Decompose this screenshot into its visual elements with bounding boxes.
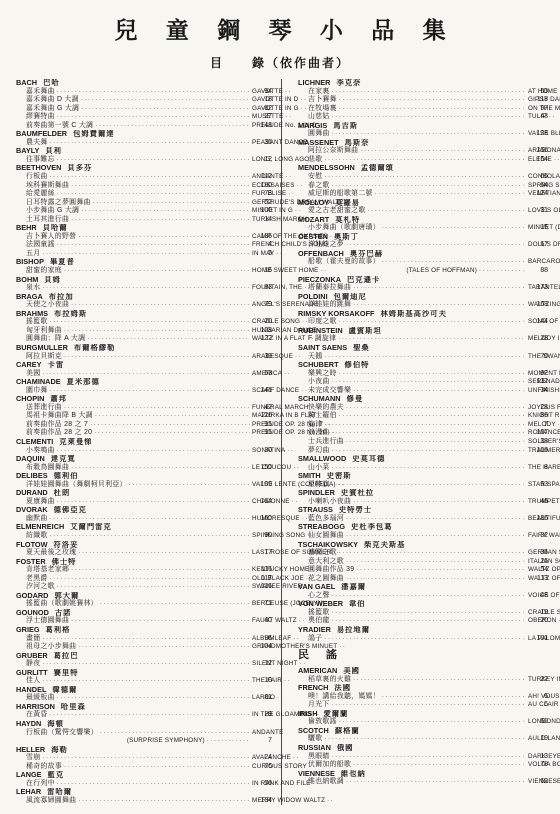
dot-leader: [324, 421, 526, 430]
piece-row: 圓舞曲：降 A 大調WALTZ IN A FLAT122: [16, 335, 272, 344]
composer-name: BAUMFELDER包姆費爾達: [16, 130, 272, 139]
composer-group: BRAGA布拉加天使之小夜曲ANGEL'S SERENADE79: [16, 293, 272, 310]
piece-title-cn: 安慰: [308, 173, 322, 182]
piece-title-cn: 天使之小夜曲: [26, 301, 69, 310]
composer-name-en: MASSENET: [298, 139, 339, 147]
composer-group: TSCHAIKOWSKY柴克夫斯基德國之歌GERMAN SONG35意大利之歌I…: [298, 541, 548, 584]
piece-title-cn: 嘉禾舞曲 D 大調: [26, 96, 79, 105]
piece-row: 奧伯龍OBERON20: [298, 617, 548, 626]
page-number: 92: [528, 370, 548, 379]
composer-name-en: YRADIER: [298, 626, 331, 634]
composer-name-cn: 修伯特: [345, 361, 370, 369]
composer-name-en: GRIEG: [16, 626, 40, 634]
piece-row: 天鵝THE SWAN70: [298, 353, 548, 362]
piece-title-cn-cell: 泉水: [26, 284, 252, 293]
piece-title-cn: 印度之歌: [308, 318, 337, 327]
dot-leader: [57, 88, 250, 97]
piece-title-cn: 行板曲: [26, 173, 48, 182]
composer-name-en: DELIBES: [16, 472, 48, 480]
piece-title-cn-cell: 往事難忘: [26, 156, 252, 165]
piece-title-cn: 小步舞曲（歌劇唐璜）: [308, 224, 380, 233]
dot-leader: [549, 113, 555, 122]
piece-row: 安慰CONSOLATION66: [298, 173, 548, 182]
composer-name-en: DAQUIN: [16, 455, 45, 463]
piece-row: 噢！講給我聽，媽媽！AH! VOUS DIRAIS-JE-MAMAN6: [298, 693, 548, 702]
composer-group: BEETHOVEN貝多芬行板曲ANDANTE112埃科賽斯舞曲ECOSSAISE…: [16, 164, 272, 224]
piece-row: 未完成交響樂UNFINISHED SYMPHONY34: [298, 387, 548, 396]
piece-title-cn: 洋娃娃圓舞曲（舞劇柯貝利亞）: [26, 481, 127, 490]
page-number: 22: [528, 676, 548, 685]
page-title: 兒 童 鋼 琴 小 品 集: [0, 0, 560, 45]
composer-group: BURGMULLER布爾格繆勒阿拉貝斯克ARABESQUE39: [16, 344, 272, 361]
piece-row: 小喇叭小夜曲TRUMPETER'S SERENADE46: [298, 498, 548, 507]
piece-title-cn-cell: 佳人: [26, 677, 252, 686]
composer-name-en: SPINDLER: [298, 489, 335, 497]
piece-title-cn-cell: 倫敦歌謠: [308, 718, 528, 727]
page-number: 20: [252, 318, 272, 327]
composer-name-cn: 畢夏普: [50, 258, 75, 266]
piece-row: 威尼斯的船歌第二號VENETIAN BOAT SONG No. 2124: [298, 190, 548, 199]
piece-title-cn-cell: 嘉禾舞曲 D 大調: [26, 96, 252, 105]
composer-name-en: CHAMINADE: [16, 378, 61, 386]
dot-leader: [368, 207, 526, 216]
piece-title-cn: 月光下: [308, 701, 330, 710]
composer-name: STRAUSS史特勞士: [298, 506, 548, 515]
piece-title-cn: 洋娃娃之夢: [308, 241, 344, 250]
page-number: 108: [252, 327, 272, 336]
composer-group: SPINDLER史賓杜拉小喇叭小夜曲TRUMPETER'S SERENADE46: [298, 489, 548, 506]
page-number: 36: [252, 139, 272, 148]
piece-title-cn: 紡織歌: [26, 532, 48, 541]
composer-name-en: STRAUSS: [298, 506, 333, 514]
dot-leader: [324, 353, 526, 362]
piece-title-cn-cell: 洋娃娃之夢: [308, 241, 528, 250]
composer-name: CHOPIN蕭邦: [16, 395, 272, 404]
dot-leader: [339, 318, 526, 327]
composer-name-en: BRAHMS: [16, 310, 48, 318]
piece-title-cn: 老黑爵: [26, 575, 48, 584]
piece-title-cn-cell: 樂興之時: [308, 370, 528, 379]
composer-name-cn: 莫羅易: [335, 199, 360, 207]
composer-name: BISHOP畢夏普: [16, 258, 272, 267]
piece-title-cn: 維也納歌調: [308, 778, 344, 787]
page-number: 64: [528, 182, 548, 191]
page-number: 136: [252, 233, 272, 242]
piece-title-cn-cell: 月光下: [308, 701, 528, 710]
piece-title-cn: 洋娃娃的跳舞: [308, 301, 351, 310]
dot-leader: [64, 327, 250, 336]
page-number: 24: [252, 754, 272, 763]
dot-leader: [338, 335, 526, 344]
piece-row: 小夜曲SERENADE132: [298, 378, 548, 387]
piece-title-cn: 土耳其進行曲: [26, 216, 69, 225]
piece-title-cn: 山慈姑: [308, 113, 330, 122]
piece-title-cn: F 調旋律: [308, 335, 336, 344]
composer-name-en: BISHOP: [16, 258, 44, 266]
page-number: 128: [528, 130, 548, 139]
piece-title-cn-cell: 給愛麗絲: [26, 190, 252, 199]
composer-name: FLOTOW符洛妥: [16, 541, 272, 550]
dot-leader: [71, 216, 250, 225]
piece-title-cn-cell: 騎士羅伯: [308, 412, 528, 421]
composer-group: RIMSKY KORSAKOFF林姆斯基高沙可夫印度之歌SONG OF INDI…: [298, 310, 548, 327]
toc-page: 兒 童 鋼 琴 小 品 集 目 錄（依作曲者） BACH巴哈嘉禾舞曲GAVOTT…: [0, 0, 560, 814]
piece-row: 仙女圓舞曲FAIRY WALTZ32: [298, 532, 548, 541]
piece-title-cn-cell: 小夜曲: [308, 378, 528, 387]
dot-leader: [95, 122, 250, 131]
page-number: 12: [252, 660, 272, 669]
piece-title-cn-cell: 老黑爵: [26, 575, 252, 584]
composer-name: MOZART莫札特: [298, 216, 548, 225]
dot-leader: [57, 583, 250, 592]
piece-row: 泉水FOUNTAIN, THE83: [16, 284, 272, 293]
composer-name-cn: 柴克夫斯基: [364, 541, 405, 549]
piece-title-cn-cell: 最緩板曲: [26, 694, 252, 703]
dot-leader: [346, 438, 526, 447]
composer-group: POLDINI包爾迪尼洋娃娃的跳舞WALTZING DOLL168: [298, 293, 548, 310]
composer-group: HANDEL韓德爾最緩板曲LARGO81: [16, 686, 272, 703]
piece-title-cn: 搖籃曲（歌劇姚賽林）: [26, 600, 98, 609]
dot-leader: [64, 353, 250, 362]
piece-title-cn: 在家裏: [308, 88, 330, 97]
composer-name-en: SCOTCH: [298, 727, 329, 735]
dot-leader: [50, 173, 250, 182]
composer-name-cn: 葛利格: [46, 626, 71, 634]
composer-group: BAUMFELDER包姆費爾達農夫舞PEASANT DANCE36: [16, 130, 272, 147]
piece-title-cn: 小步舞曲 G 大調: [26, 207, 79, 216]
piece-row: 佳人THE FAIR10: [16, 677, 272, 686]
composer-name-en: BRAGA: [16, 293, 43, 301]
composer-group: STRAUSS史特勞士藍色多瑙河BEAUTIFUL BLUE DANUBE186: [298, 506, 548, 523]
dot-leader: [353, 301, 526, 310]
piece-title-cn-cell: 山小菜: [308, 464, 528, 473]
piece-row: 前奏曲第一號 C 大調PRELUDE No. 1 IN C148: [16, 122, 272, 131]
piece-title-cn: 藍色多瑙河: [308, 515, 344, 524]
piece-title-en: ANDANTE: [252, 729, 284, 738]
piece-title-cn-cell: 土耳其進行曲: [26, 216, 252, 225]
page-number: 118: [528, 96, 548, 105]
piece-row: 圓舞曲作品 39WALTZ OP. 3954: [298, 566, 548, 575]
piece-title-cn-cell: 在家裏: [308, 88, 528, 97]
piece-title-cn-cell: 圓舞曲：降 A 大調: [26, 335, 252, 344]
piece-row: 塔蘭泰拉舞曲TARANTELLA173: [298, 284, 548, 293]
dot-leader: [346, 558, 526, 567]
composer-name-en: DURAND: [16, 489, 48, 497]
dot-leader: [57, 498, 250, 507]
piece-title-cn: 布穀鳥圓舞曲: [26, 464, 69, 473]
composer-group: CAREY卡雷美國AMERICA63: [16, 361, 272, 378]
page-number: 13: [528, 753, 548, 762]
composer-name-cn: 史賓杜拉: [341, 489, 374, 497]
piece-title-cn-cell: 行板曲: [26, 173, 252, 182]
composer-name-en: VON WEBER: [298, 600, 343, 608]
piece-row: 最緩板曲LARGO81: [16, 694, 272, 703]
composer-name-en: BOHM: [16, 276, 38, 284]
dot-leader: [57, 241, 250, 250]
page-number: 26: [528, 558, 548, 567]
dot-leader: [94, 429, 250, 438]
piece-title-cn: 鴿子: [308, 635, 322, 644]
composer-name: BOHM貝姆: [16, 276, 272, 285]
page-number: 107: [528, 429, 548, 438]
composer-name-cn: 貝哈爾: [43, 224, 68, 232]
page-number: 95: [252, 429, 272, 438]
composer-name-en: IRISH: [298, 710, 317, 718]
composer-name-cn: 葛拉巴: [54, 652, 79, 660]
dot-leader: [332, 609, 526, 618]
dot-leader: [50, 711, 250, 720]
composer-name: DELIBES德利伯: [16, 472, 272, 481]
piece-title-cn: 五月: [26, 250, 40, 259]
composer-group: BAYLY貝利往事難忘LONG, LONG AGO12: [16, 147, 272, 164]
piece-title-cn: 繆賽特曲: [26, 113, 55, 122]
piece-row: 繆賽特曲MUSETTE27: [16, 113, 272, 122]
composer-name-en: OFFENBACH: [298, 250, 344, 258]
dot-leader: [71, 566, 250, 575]
piece-row: 伏爾加的船歌VOLGA BOAT SONG78: [298, 761, 548, 770]
dot-leader: [356, 566, 526, 575]
piece-title-cn: 威尼斯的船歌第二號: [308, 190, 373, 199]
page-number: 40: [252, 617, 272, 626]
piece-row: 五月IN MAY5: [16, 250, 272, 259]
dot-leader: [64, 267, 250, 276]
composer-group: HARRISON哈里森在黃昏IN THE GLOAMING29: [16, 703, 272, 720]
piece-row: 維也納歌調VIENNESE MELODY62: [298, 778, 548, 787]
piece-row: 船歌（霍夫曼的故事）BARCAROLLE: [298, 258, 548, 267]
piece-title-cn: 給愛麗絲: [26, 190, 55, 199]
composer-name-cn: 貝多芬: [67, 164, 92, 172]
composer-group: SCOTCH蘇格蘭驪歌AULD LANG SYNE19: [298, 727, 548, 744]
piece-title-cn-cell: 花之圓舞曲: [308, 575, 528, 584]
composer-group: RUBINSTEIN盧賓斯坦F 調旋律MELODY IN F28: [298, 327, 548, 344]
composer-group: MARGIS馬吉斯圓舞曲VALSE BLEUE128: [298, 122, 548, 139]
piece-row: 小奏鳴曲SONATINA30: [16, 447, 272, 456]
piece-title-cn: 天鵝: [308, 353, 322, 362]
composer-group: VON WEBER韋伯搖籃歌CRADLE SONG19奧伯龍OBERON20: [298, 600, 548, 626]
piece-title-cn: 德國之歌: [308, 549, 337, 558]
piece-row: 德國之歌GERMAN SONG35: [298, 549, 548, 558]
composer-group: GODARD郭大爾搖籃曲（歌劇姚賽林）BERCEUSE (JOCELYN)71: [16, 592, 272, 609]
dot-leader: [57, 190, 250, 199]
piece-row: 肯塔基老家鄉KENTUCKY HOME116: [16, 566, 272, 575]
piece-title-cn: 圓舞曲: [308, 130, 330, 139]
piece-title-cn: 馬祖卡舞曲降 B 大調: [26, 412, 93, 421]
composer-name-cn: 馬斯奈: [345, 139, 370, 147]
composer-name-en: CHOPIN: [16, 395, 44, 403]
dot-leader: [42, 284, 250, 293]
dot-leader: [50, 318, 250, 327]
piece-title-cn: 佳人: [26, 677, 40, 686]
composer-group: GOUNOD古諾浮士德圓舞曲FAUST WALTZ40: [16, 609, 272, 626]
piece-title-cn-cell: 風流寡婦圓舞曲: [26, 797, 252, 806]
dot-leader: [57, 113, 250, 122]
piece-title-cn-cell: 布穀鳥圓舞曲: [26, 464, 252, 473]
composer-group: VAN GAEL潘嘉爾心之聲VOICE OF THE HEART48: [298, 583, 548, 600]
page-number: 63: [252, 370, 272, 379]
piece-row: 阿拉公奈斯舞曲ARAGONAISE156: [298, 147, 548, 156]
piece-row: 洋娃娃的跳舞WALTZING DOLL168: [298, 301, 548, 310]
page-number: 28: [528, 335, 548, 344]
page-number: 18: [252, 96, 272, 105]
piece-title-cn: 靜夜: [26, 660, 40, 669]
piece-title-cn: 春之歌: [308, 182, 330, 191]
dot-leader: [353, 498, 526, 507]
piece-title-cn-cell: 搖籃曲（歌劇姚賽林）: [26, 600, 252, 609]
piece-row: 日耳特露之夢圓舞曲GERTRUDE'S DREAM WALTZ52: [16, 199, 272, 208]
piece-row: (SURPRISE SYMPHONY)7: [16, 737, 272, 746]
composer-name: STREABOGG史杜李包葛: [298, 523, 548, 532]
piece-row: 紡織歌SPINNING SONG90: [16, 532, 272, 541]
piece-title-cn: 畫簡: [26, 635, 40, 644]
composer-name: HAYDN海頓: [16, 720, 272, 729]
piece-title-cn: 圓舞曲：降 A 大調: [26, 335, 85, 344]
piece-row: 圓舞曲VALSE BLEUE128: [298, 130, 548, 139]
piece-row: 埃科賽斯舞曲ECOSSAISES180: [16, 182, 272, 191]
dot-leader: [332, 753, 526, 762]
piece-title-cn: 夏康舞曲: [26, 498, 55, 507]
dot-leader: [50, 387, 250, 396]
composer-name: DVORAK德佛亞克: [16, 506, 272, 515]
piece-row: 鴿子LA PALOMA101: [298, 635, 548, 644]
composer-group: HELLER海勒雪崩AVALANCHE24稀奇的故事CURIOUS STORY7…: [16, 746, 272, 772]
piece-title-cn-cell: 法國童謠: [26, 241, 252, 250]
piece-title-cn: 美國: [26, 370, 40, 379]
composer-group: DVORAK德佛亞克幽默曲HUMORESQUE160: [16, 506, 272, 523]
piece-title-cn-cell: 農夫舞: [26, 139, 252, 148]
piece-title-cn-cell: 稻草裏的火雞: [308, 676, 528, 685]
piece-row: 愛之古老甜蜜之歌LOVE'S OLD SWEET SONG31: [298, 207, 548, 216]
page-number: 96: [252, 635, 272, 644]
composer-name-en: DVORAK: [16, 506, 48, 514]
piece-title-cn: 噢！講給我聽，媽媽！: [308, 693, 380, 702]
piece-title-cn-cell: 紡織歌: [26, 532, 252, 541]
piece-title-cn: 圍巾舞: [26, 387, 48, 396]
page-number: 56: [252, 780, 272, 789]
dot-leader: [42, 754, 250, 763]
piece-row: 洋娃娃之夢DOLL'S DREAM67: [298, 241, 548, 250]
composer-name-en: PIECZONKA: [298, 276, 341, 284]
composer-name-cn: 符洛妥: [53, 541, 78, 549]
piece-title-cn-cell: 維也納歌調: [308, 778, 528, 787]
piece-title-cn-cell: 馬祖卡舞曲降 B 大調: [26, 412, 252, 421]
composer-name: BEHR貝哈爾: [16, 224, 272, 233]
piece-title-cn-cell: 春之歌: [308, 182, 528, 191]
composer-name: VIENNESE維也納: [298, 770, 548, 779]
piece-title-cn-cell: 嘉禾舞曲: [26, 88, 252, 97]
piece-title-cn: 法國童謠: [26, 241, 55, 250]
page-number: 79: [252, 301, 272, 310]
page-number: 29: [252, 711, 272, 720]
composer-group: DELIBES德利伯洋娃娃圓舞曲（舞劇柯貝利亞）VALSE LENTE (COP…: [16, 472, 272, 489]
piece-title-cn-cell: 悲歌: [308, 156, 528, 165]
composer-group: BEHR貝哈爾吉卜賽人的野營CAMP OF THE GYPSIES136法國童謠…: [16, 224, 272, 258]
piece-title-cn: 仙女圓舞曲: [308, 532, 344, 541]
dot-leader: [57, 447, 250, 456]
dot-leader: [346, 241, 526, 250]
piece-title-en-cell: (TALES OF HOFFMAN): [406, 267, 528, 276]
composer-name-en: SMALLWOOD: [298, 455, 346, 463]
composer-name: BURGMULLER布爾格繆勒: [16, 344, 272, 353]
dot-leader: [42, 370, 250, 379]
dot-leader: [81, 207, 250, 216]
piece-row: 布穀鳥圓舞曲LE COUCOU150: [16, 464, 272, 473]
dot-leader: [332, 88, 526, 97]
composer-name-cn: 海頓: [47, 720, 64, 728]
piece-title-cn: 夢幻曲: [308, 447, 330, 456]
piece-title-cn: 伏爾加的船歌: [308, 761, 351, 770]
piece-title-cn: 阿拉公奈斯舞曲: [308, 147, 358, 156]
composer-name-cn: 藍克: [48, 771, 65, 779]
dot-leader: [324, 173, 526, 182]
page-number: 30: [252, 447, 272, 456]
composer-name-en: RUBINSTEIN: [298, 327, 343, 335]
piece-row: 月光下AU CLAIR DE LA LUNE6: [298, 701, 548, 710]
dot-leader: [346, 532, 526, 541]
dot-leader: [64, 763, 250, 772]
page-number: 150: [252, 464, 272, 473]
piece-title-cn-cell: 在牧場裏: [308, 105, 528, 114]
composer-name-cn: 潘嘉爾: [341, 583, 366, 591]
piece-row: 在家裏AT HOME50: [298, 88, 548, 97]
dot-leader: [42, 677, 250, 686]
piece-title-cn: 浪漫曲: [308, 429, 330, 438]
dot-leader: [78, 549, 250, 558]
dot-leader: [554, 156, 560, 165]
composer-group: CHOPIN蕭邦送葬進行曲FUNERAL MARCH42馬祖卡舞曲降 B 大調M…: [16, 395, 272, 438]
page-number: 19: [528, 735, 548, 744]
piece-row: 旋律MELODY7: [298, 421, 548, 430]
piece-title-cn: 奧伯龍: [308, 617, 330, 626]
composer-name-en: TSCHAIKOWSKY: [298, 541, 358, 549]
composer-name-en: FLOTOW: [16, 541, 47, 549]
page-number: 90: [252, 532, 272, 541]
page-number: 122: [252, 335, 272, 344]
dot-leader: [346, 404, 526, 413]
composer-name-en: SCHUMANN: [298, 395, 341, 403]
piece-title-cn: 稀奇的故事: [26, 763, 62, 772]
composer-group: OESTEN奧斯丁洋娃娃之夢DOLL'S DREAM67: [298, 233, 548, 250]
dot-leader: [42, 660, 250, 669]
piece-row: 小步舞曲（歌劇唐璜）MINUET (DON JUAN)15: [298, 224, 548, 233]
piece-title-cn-cell: 搖籃歌: [308, 609, 528, 618]
page-number: 101: [528, 635, 548, 644]
column-right: LICHNER李克奈在家裏AT HOME50吉卜賽舞GIPSY DANCE118…: [282, 79, 548, 805]
composer-name-en: RUSSIAN: [298, 744, 331, 752]
composer-name-en: FRENCH: [298, 684, 328, 692]
piece-row: 山小菜THE HAREBELL8: [298, 464, 548, 473]
piece-title-cn-cell: 美國: [26, 370, 252, 379]
piece-title-cn: 小奏鳴曲: [26, 447, 55, 456]
piece-title-cn: 騎士羅伯: [308, 412, 337, 421]
piece-title-cn-cell: 威尼斯的船歌第二號: [308, 190, 528, 199]
page-number: 52: [252, 199, 272, 208]
composer-name-en: VAN GAEL: [298, 583, 335, 591]
composer-name: BACH巴哈: [16, 79, 272, 88]
composer-name-en: OESTEN: [298, 233, 328, 241]
piece-row: (TALES OF HOFFMAN)88: [298, 267, 548, 276]
piece-row: 浮士德圓舞曲FAUST WALTZ40: [16, 617, 272, 626]
page-number: 66: [528, 173, 548, 182]
composer-name: DAQUIN達克寬: [16, 455, 272, 464]
page-number: 5: [252, 250, 272, 259]
composer-name: SMALLWOOD史莫耳德: [298, 455, 548, 464]
composer-name-cn: 奧斯丁: [334, 233, 359, 241]
piece-title-cn-cell: 圓舞曲作品 39: [308, 566, 528, 575]
piece-row: 在牧場裏ON THE MEADOW97: [298, 105, 548, 114]
piece-row: 洋娃娃圓舞曲（舞劇柯貝利亞）VALSE LENTE (COPPELIA)109: [16, 481, 272, 490]
composer-name-en: MENDELSSOHN: [298, 164, 355, 172]
piece-row: 行板曲（驚愕交響樂）ANDANTE: [16, 729, 272, 738]
